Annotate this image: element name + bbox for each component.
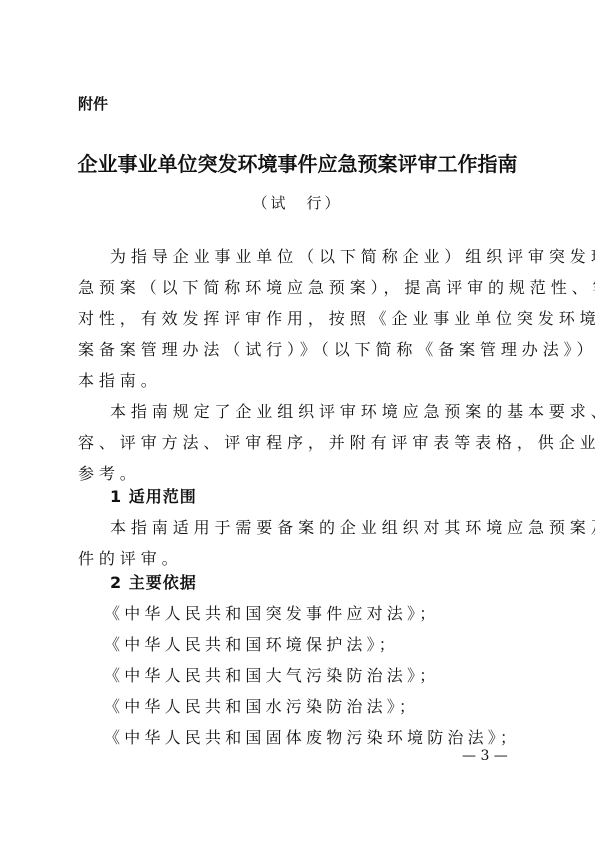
page-number: — 3 — <box>462 748 508 764</box>
paragraph-line: 本指南规定了企业组织评审环境应急预案的基本要求、评审内 <box>110 401 524 423</box>
law-item: 《中华人民共和国水污染防治法》； <box>104 696 550 718</box>
law-item: 《中华人民共和国环境保护法》； <box>104 634 550 656</box>
law-item: 《中华人民共和国固体废物污染环境防治法》； <box>104 727 550 749</box>
paragraph-line: 容、评审方法、评审程序，并附有评审表等表格，供企业和评审人员 <box>78 432 524 454</box>
attachment-label: 附件 <box>78 93 108 114</box>
section-heading: 2 主要依据 <box>110 572 524 594</box>
document-subtitle: （试 行） <box>0 192 595 213</box>
law-item: 《中华人民共和国大气污染防治法》； <box>104 665 550 687</box>
paragraph-line: 件的评审。 <box>78 548 524 570</box>
paragraph-line: 为指导企业事业单位（以下简称企业）组织评审突发环境事件应 <box>110 246 524 268</box>
paragraph-line: 对性，有效发挥评审作用，按照《企业事业单位突发环境事件应急预 <box>78 308 524 330</box>
section-heading: 1 适用范围 <box>110 486 524 508</box>
paragraph-line: 急预案（以下简称环境应急预案），提高评审的规范性、客观性、针 <box>78 277 524 299</box>
paragraph-line: 案备案管理办法（试行）》（以下简称《备案管理办法》）规定，制定 <box>78 339 524 361</box>
paragraph-line: 本指南。 <box>78 370 524 392</box>
law-item: 《中华人民共和国突发事件应对法》； <box>104 603 550 625</box>
paragraph-line: 本指南适用于需要备案的企业组织对其环境应急预案及相关文 <box>110 517 524 539</box>
paragraph-line: 参考。 <box>78 463 524 485</box>
document-page: 附件 企业事业单位突发环境事件应急预案评审工作指南 （试 行） 为指导企业事业单… <box>0 0 595 842</box>
document-title: 企业事业单位突发环境事件应急预案评审工作指南 <box>0 148 595 177</box>
